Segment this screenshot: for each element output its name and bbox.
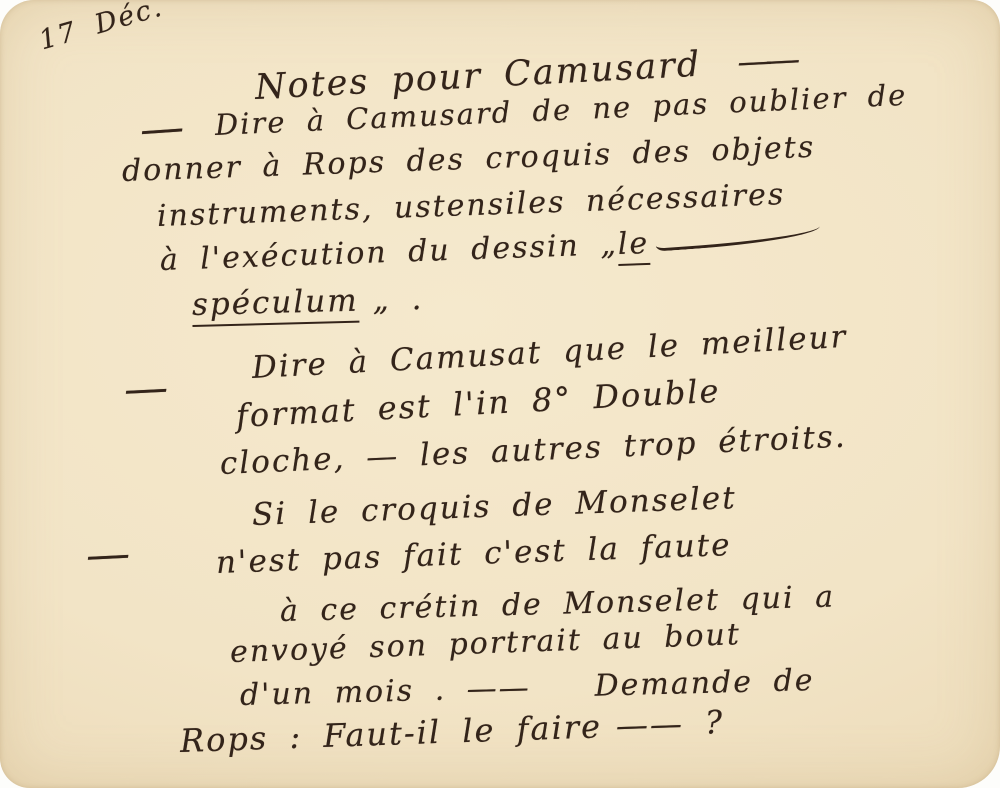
text-segment: —— ? [615, 703, 725, 745]
margin-dash: — [124, 383, 168, 395]
underlined-word: le [617, 226, 650, 266]
underline-flourish [654, 221, 820, 251]
text-segment: „ . [372, 281, 424, 318]
title-dash: —— [736, 40, 794, 83]
underlined-word: spéculum [191, 283, 359, 327]
handwritten-line: spéculum„ . [191, 281, 423, 327]
manuscript-scan: 17 Déc. Notes pour Camusard —— — — — Dir… [0, 0, 1000, 788]
margin-dash: — [86, 549, 130, 561]
margin-dash: — [140, 122, 185, 135]
text-segment: Demande de [594, 663, 815, 704]
